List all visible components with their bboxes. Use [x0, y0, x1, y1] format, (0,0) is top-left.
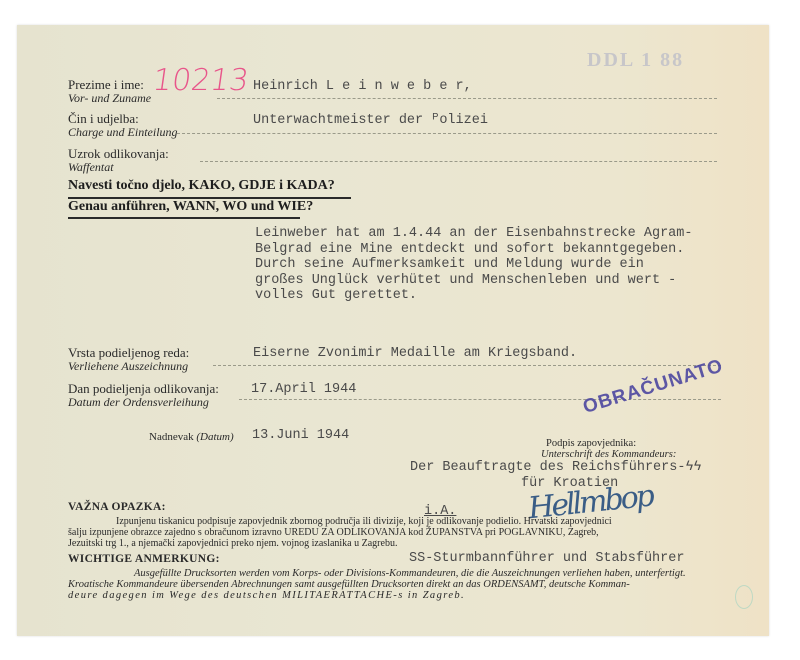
signature-line1: Der Beauftragte des Reichsführers-ϟϟ [410, 460, 702, 475]
notes-hr-line: Jezuitski trg 1., a njemački zapovjednic… [68, 538, 397, 549]
rank-label-de: Charge und Einteilung [68, 126, 178, 139]
archive-stamp: DDL 1 88 [587, 49, 684, 72]
notes-de-line: Kroatische Kommandeure übersenden Abrech… [68, 579, 630, 590]
award-field-line [213, 365, 721, 366]
description-line: Leinweber hat am 1.4.44 an der Eisenbahn… [255, 226, 692, 242]
award-date-value: 17.April 1944 [251, 382, 356, 397]
notes-hr-line: šalju izpunjene obrazce zajedno s obraču… [68, 527, 599, 538]
rank-value: Unterwachtmeister der ᴾolizei [253, 113, 488, 128]
description-line: Durch seine Aufmerksamkeit und Meldung w… [255, 257, 692, 273]
name-label-de: Vor- und Zuname [68, 92, 151, 105]
notes-hr-line: Izpunjenu tiskanicu podpisuje zapovjedni… [116, 516, 612, 527]
pencil-mark [735, 585, 753, 609]
name-label-hr: Prezime i ime: [68, 78, 144, 92]
rank-field-line [177, 133, 717, 134]
description-paragraph: Leinweber hat am 1.4.44 an der Eisenbahn… [255, 226, 692, 304]
description-line: volles Gut gerettet. [255, 288, 692, 304]
signature-title: SS-Sturmbannführer und Stabsführer [409, 551, 684, 566]
notes-hr-heading: VAŽNA OPAZKA: [68, 501, 166, 513]
signature-label-hr: Podpis zapovjednika: [546, 438, 636, 449]
reason-label-hr: Uzrok odlikovanja: [68, 147, 169, 161]
award-date-label-de: Datum der Ordensverleihung [68, 396, 209, 409]
date-label: Nadnevak (Datum) [149, 431, 234, 443]
date-label-paren: (Datum) [196, 431, 233, 443]
notes-de-line: Ausgefüllte Drucksorten werden vom Korps… [134, 568, 686, 579]
handwritten-archive-number: 10213 [151, 63, 251, 98]
notes-de-line: deure dagegen im Wege des deutschen MILI… [68, 590, 465, 601]
description-line: Belgrad eine Mine entdeckt und sofort be… [255, 242, 692, 258]
document-paper: DDL 1 88 Prezime i ime: Vor- und Zuname … [17, 25, 769, 636]
reason-label-de: Waffentat [68, 161, 114, 174]
date-value: 13.Juni 1944 [252, 428, 349, 443]
instruction-de: Genau anführen, WANN, WO und WIE? [68, 199, 313, 215]
award-label-de: Verliehene Auszeichnung [68, 360, 188, 373]
name-value: Heinrich L e i n w e b e r, [253, 79, 472, 94]
award-date-label-hr: Dan podieljenja odlikovanja: [68, 382, 219, 396]
notes-de-heading: WICHTIGE ANMERKUNG: [68, 553, 220, 565]
date-label-text: Nadnevak [149, 431, 194, 443]
award-value: Eiserne Zvonimir Medaille am Kriegsband. [253, 346, 577, 361]
description-line: großes Unglück verhütet und Menschenlebe… [255, 273, 692, 289]
instruction-hr: Navesti točno djelo, KAKO, GDJE i KADA? [68, 178, 335, 194]
name-field-line [217, 98, 717, 99]
instruction-de-underline [68, 217, 300, 219]
signature-label-de: Unterschrift des Kommandeurs: [541, 449, 676, 460]
rank-label-hr: Čin i udjelba: [68, 112, 139, 126]
award-label-hr: Vrsta podieljenog reda: [68, 346, 189, 360]
reason-field-line [200, 161, 717, 162]
